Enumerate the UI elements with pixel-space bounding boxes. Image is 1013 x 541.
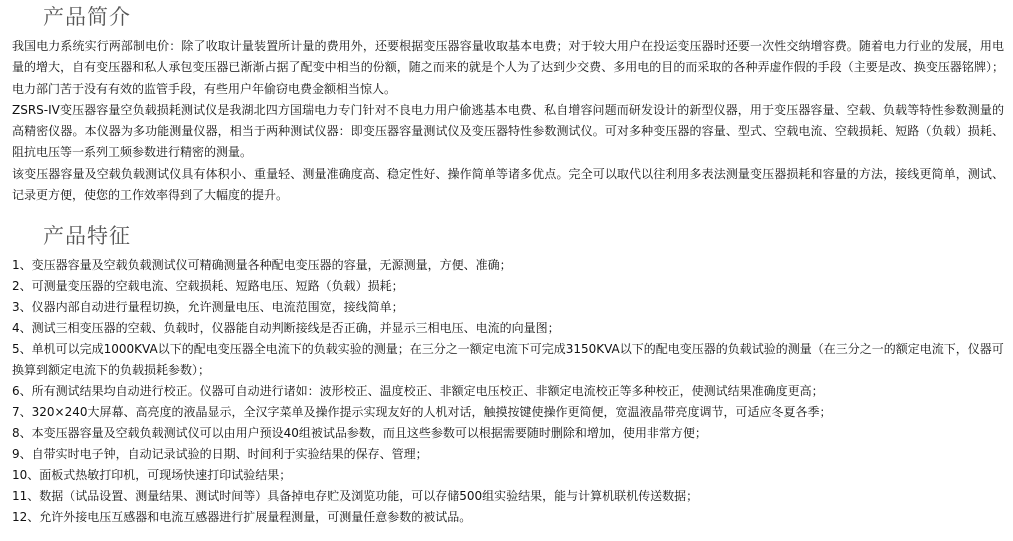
feature-item: 9、自带实时电子钟，自动记录试验的日期、时间利于实验结果的保存、管理； xyxy=(12,444,1004,465)
section-title-product-features: 产品特征 xyxy=(12,222,131,250)
product-intro-body: 我国电力系统实行两部制电价：除了收取计量装置所计量的费用外，还要根据变压器容量收… xyxy=(12,36,1004,206)
feature-list: 1、变压器容量及空载负载测试仪可精确测量各种配电变压器的容量，无源测量，方便、准… xyxy=(12,255,1004,528)
feature-item: 11、数据（试品设置、测量结果、测试时间等）具备掉电存贮及浏览功能，可以存储50… xyxy=(12,486,1004,507)
product-page: 产品简介 我国电力系统实行两部制电价：除了收取计量装置所计量的费用外，还要根据变… xyxy=(0,0,1013,541)
intro-paragraph: 我国电力系统实行两部制电价：除了收取计量装置所计量的费用外，还要根据变压器容量收… xyxy=(12,36,1004,100)
feature-item: 3、仪器内部自动进行量程切换，允许测量电压、电流范围宽，接线简单； xyxy=(12,297,1004,318)
section-title-product-intro: 产品简介 xyxy=(12,3,131,31)
feature-item: 10、面板式热敏打印机，可现场快速打印试验结果； xyxy=(12,465,1004,486)
feature-item: 4、测试三相变压器的空载、负载时，仪器能自动判断接线是否正确，并显示三相电压、电… xyxy=(12,318,1004,339)
feature-item: 12、允许外接电压互感器和电流互感器进行扩展量程测量，可测量任意参数的被试品。 xyxy=(12,507,1004,528)
intro-paragraph: 该变压器容量及空载负载测试仪具有体积小、重量轻、测量准确度高、稳定性好、操作简单… xyxy=(12,164,1004,207)
intro-paragraph: ZSRS-IV变压器容量空负载损耗测试仪是我湖北四方国瑞电力专门针对不良电力用户… xyxy=(12,100,1004,164)
feature-item: 6、所有测试结果均自动进行校正。仪器可自动进行诸如：波形校正、温度校正、非额定电… xyxy=(12,381,1004,402)
feature-item: 5、单机可以完成1000KVA以下的配电变压器全电流下的负载实验的测量；在三分之… xyxy=(12,339,1004,381)
feature-item: 7、320×240大屏幕、高亮度的液晶显示，全汉字菜单及操作提示实现友好的人机对… xyxy=(12,402,1004,423)
feature-item: 2、可测量变压器的空载电流、空载损耗、短路电压、短路（负载）损耗； xyxy=(12,276,1004,297)
feature-item: 1、变压器容量及空载负载测试仪可精确测量各种配电变压器的容量，无源测量，方便、准… xyxy=(12,255,1004,276)
feature-item: 8、本变压器容量及空载负载测试仪可以由用户预设40组被试品参数，而且这些参数可以… xyxy=(12,423,1004,444)
